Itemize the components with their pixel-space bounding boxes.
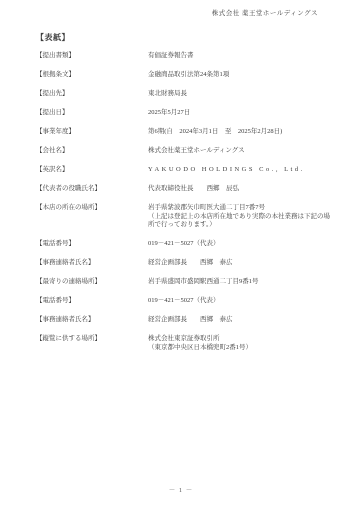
row-value: 経営企画部長 西郷 泰広 — [148, 316, 334, 325]
row-value: 株式会社東京証券取引所 — [148, 335, 334, 344]
cover-table-row: 【提出先】 東北財務局長 — [36, 90, 334, 99]
row-label: 【縦覧に供する場所】 — [36, 335, 148, 344]
cover-table-row: 【根拠条文】 金融商品取引法第24条第1項 — [36, 71, 334, 80]
row-value: 代表取締役社長 西郷 辰弘 — [148, 185, 334, 194]
row-value-wrap: 第6期(自 2024年3月1日 至 2025年2月28日) — [148, 128, 334, 137]
row-value-wrap: 岩手県盛岡市盛岡駅西通二丁目9番1号 — [148, 278, 334, 287]
row-label: 【代表者の役職氏名】 — [36, 185, 148, 194]
row-value: 金融商品取引法第24条第1項 — [148, 71, 334, 80]
row-label: 【提出先】 — [36, 90, 148, 99]
row-value: 株式会社薬王堂ホールディングス — [148, 147, 334, 156]
cover-table-row: 【事務連絡者氏名】 経営企画部長 西郷 泰広 — [36, 316, 334, 325]
row-value-wrap: YAKUODO HOLDINGS Co., Ltd. — [148, 166, 334, 175]
cover-table-row: 【本店の所在の場所】 岩手県紫波郡矢巾町医大通二丁目7番7号 （上記は登記上の本… — [36, 204, 334, 230]
row-label: 【事務連絡者氏名】 — [36, 259, 148, 268]
row-value-wrap: 019－421－5027（代表） — [148, 297, 334, 306]
row-value: 経営企画部長 西郷 泰広 — [148, 259, 334, 268]
row-note: （上記は登記上の本店所在地であり実際の本社業務は下記の場所で行っております。） — [148, 213, 334, 230]
cover-table: 【提出書類】 有価証券報告書 【根拠条文】 金融商品取引法第24条第1項 【提出… — [36, 52, 334, 363]
row-value: 東北財務局長 — [148, 90, 334, 99]
row-label: 【会社名】 — [36, 147, 148, 156]
row-label: 【提出書類】 — [36, 52, 148, 61]
cover-table-row: 【代表者の役職氏名】 代表取締役社長 西郷 辰弘 — [36, 185, 334, 194]
row-label: 【根拠条文】 — [36, 71, 148, 80]
cover-table-row: 【電話番号】 019－421－5027（代表） — [36, 297, 334, 306]
row-value-wrap: 有価証券報告書 — [148, 52, 334, 61]
row-value-wrap: 経営企画部長 西郷 泰広 — [148, 316, 334, 325]
cover-table-row: 【提出日】 2025年5月27日 — [36, 109, 334, 118]
document-page: 株式会社 薬王堂ホールディングス 【表紙】 【提出書類】 有価証券報告書 【根拠… — [0, 0, 362, 512]
row-value: 019－421－5027（代表） — [148, 240, 334, 249]
row-value: YAKUODO HOLDINGS Co., Ltd. — [148, 166, 334, 175]
row-value: 2025年5月27日 — [148, 109, 334, 118]
row-value: 第6期(自 2024年3月1日 至 2025年2月28日) — [148, 128, 334, 137]
row-label: 【事業年度】 — [36, 128, 148, 137]
cover-table-row: 【会社名】 株式会社薬王堂ホールディングス — [36, 147, 334, 156]
row-label: 【最寄りの連絡場所】 — [36, 278, 148, 287]
header-company-name: 株式会社 薬王堂ホールディングス — [212, 8, 318, 17]
row-value-wrap: 株式会社薬王堂ホールディングス — [148, 147, 334, 156]
page-number: － 1 － — [0, 485, 362, 494]
row-value: 岩手県盛岡市盛岡駅西通二丁目9番1号 — [148, 278, 334, 287]
row-value-wrap: 019－421－5027（代表） — [148, 240, 334, 249]
row-value-wrap: 株式会社東京証券取引所 （東京都中央区日本橋兜町2番1号） — [148, 335, 334, 352]
row-value-wrap: 2025年5月27日 — [148, 109, 334, 118]
cover-table-row: 【事業年度】 第6期(自 2024年3月1日 至 2025年2月28日) — [36, 128, 334, 137]
cover-table-row: 【縦覧に供する場所】 株式会社東京証券取引所 （東京都中央区日本橋兜町2番1号） — [36, 335, 334, 352]
row-label: 【電話番号】 — [36, 240, 148, 249]
row-label: 【提出日】 — [36, 109, 148, 118]
row-value-wrap: 岩手県紫波郡矢巾町医大通二丁目7番7号 （上記は登記上の本店所在地であり実際の本… — [148, 204, 334, 230]
cover-section-title: 【表紙】 — [36, 32, 70, 43]
cover-table-row: 【事務連絡者氏名】 経営企画部長 西郷 泰広 — [36, 259, 334, 268]
row-value: 有価証券報告書 — [148, 52, 334, 61]
row-value: 岩手県紫波郡矢巾町医大通二丁目7番7号 — [148, 204, 334, 213]
row-value-wrap: 経営企画部長 西郷 泰広 — [148, 259, 334, 268]
cover-table-row: 【最寄りの連絡場所】 岩手県盛岡市盛岡駅西通二丁目9番1号 — [36, 278, 334, 287]
row-label: 【事務連絡者氏名】 — [36, 316, 148, 325]
row-label: 【英訳名】 — [36, 166, 148, 175]
row-label: 【本店の所在の場所】 — [36, 204, 148, 213]
row-value-wrap: 東北財務局長 — [148, 90, 334, 99]
cover-table-row: 【英訳名】 YAKUODO HOLDINGS Co., Ltd. — [36, 166, 334, 175]
row-label: 【電話番号】 — [36, 297, 148, 306]
row-value-wrap: 金融商品取引法第24条第1項 — [148, 71, 334, 80]
cover-table-row: 【提出書類】 有価証券報告書 — [36, 52, 334, 61]
row-value-wrap: 代表取締役社長 西郷 辰弘 — [148, 185, 334, 194]
cover-table-row: 【電話番号】 019－421－5027（代表） — [36, 240, 334, 249]
row-note: （東京都中央区日本橋兜町2番1号） — [148, 344, 334, 353]
row-value: 019－421－5027（代表） — [148, 297, 334, 306]
